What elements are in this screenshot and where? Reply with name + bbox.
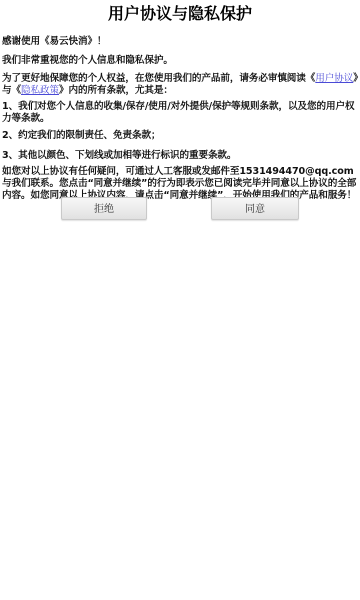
clause-item-1: 1、我们对您个人信息的收集/保存/使用/对外提供/保护等规则条款，以及您的用户权… (2, 101, 358, 125)
greeting-text: 感谢使用《易云快消》！ (2, 36, 358, 48)
clause-item-2: 2、约定我们的限制责任、免责条款； (2, 130, 358, 142)
intro-suffix-text: 》内的所有条款，尤其是： (59, 85, 173, 96)
clause-item-3: 3、其他以颜色、下划线或加相等进行标识的重要条款。 (2, 150, 358, 162)
agree-button[interactable]: 同意 (211, 197, 299, 220)
agreement-content: 感谢使用《易云快消》！ 我们非常重视您的个人信息和隐私保护。 为了更好地保障您的… (0, 36, 360, 202)
user-agreement-link[interactable]: 用户协议 (315, 73, 353, 84)
reject-button[interactable]: 拒绝 (61, 197, 147, 220)
value-statement-text: 我们非常重视您的个人信息和隐私保护。 (2, 55, 358, 67)
intro-paragraph: 为了更好地保障您的个人权益，在您使用我们的产品前，请务必审慎阅读《用户协议》与《… (2, 73, 358, 97)
page-title: 用户协议与隐私保护 (0, 0, 360, 28)
privacy-policy-link[interactable]: 隐私政策 (21, 85, 59, 96)
action-buttons: 拒绝 同意 (0, 197, 360, 222)
intro-prefix-text: 为了更好地保障您的个人权益，在您使用我们的产品前，请务必审慎阅读《 (2, 73, 315, 84)
